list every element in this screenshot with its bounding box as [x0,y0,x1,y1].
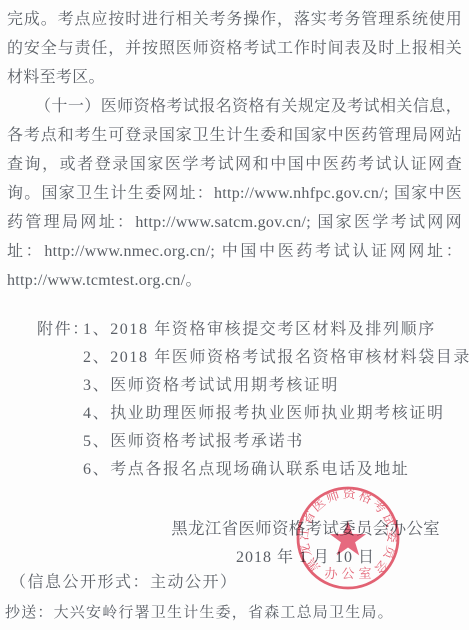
info-disclosure-note: （信息公开形式：主动公开） [0,568,469,597]
attachment-item: 1、2018 年资格审核提交考区材料及排列顺序 [83,316,469,344]
attachments-label: 附件： [37,316,90,344]
attachment-item: 5、医师资格考试报考承诺书 [83,428,469,456]
document-body: 完成。考点应按时进行相关考务操作，落实考务管理系统使用的安全与责任，并按照医师资… [0,0,469,295]
cc-note: 抄送：大兴安岭行署卫生计生委，省森工总局卫生局。 [0,599,469,628]
attachments-section: 附件： 1、2018 年资格审核提交考区材料及排列顺序 2、2018 年医师资格… [0,316,469,484]
issuing-office: 黑龙江省医师资格考试委员会办公室 [0,514,469,543]
attachment-item: 6、考点各报名点现场确认联系电话及地址 [83,456,469,484]
paragraph-registration-info: （十一）医师资格考试报名资格有关规定及考试相关信息，各考点和考生可登录国家卫生计… [7,92,462,295]
attachment-item: 2、2018 年医师资格考试报名资格审核材料袋目录 [83,344,469,372]
attachment-item: 4、执业助理医师报考执业医师执业期考核证明 [83,400,469,428]
paragraph-exam-admin: 完成。考点应按时进行相关考务操作，落实考务管理系统使用的安全与责任，并按照医师资… [7,5,462,92]
document-page: 完成。考点应按时进行相关考务操作，落实考务管理系统使用的安全与责任，并按照医师资… [0,0,469,630]
attachment-item: 3、医师资格考试试用期考核证明 [83,372,469,400]
attachments-list: 1、2018 年资格审核提交考区材料及排列顺序 2、2018 年医师资格考试报名… [83,316,469,484]
